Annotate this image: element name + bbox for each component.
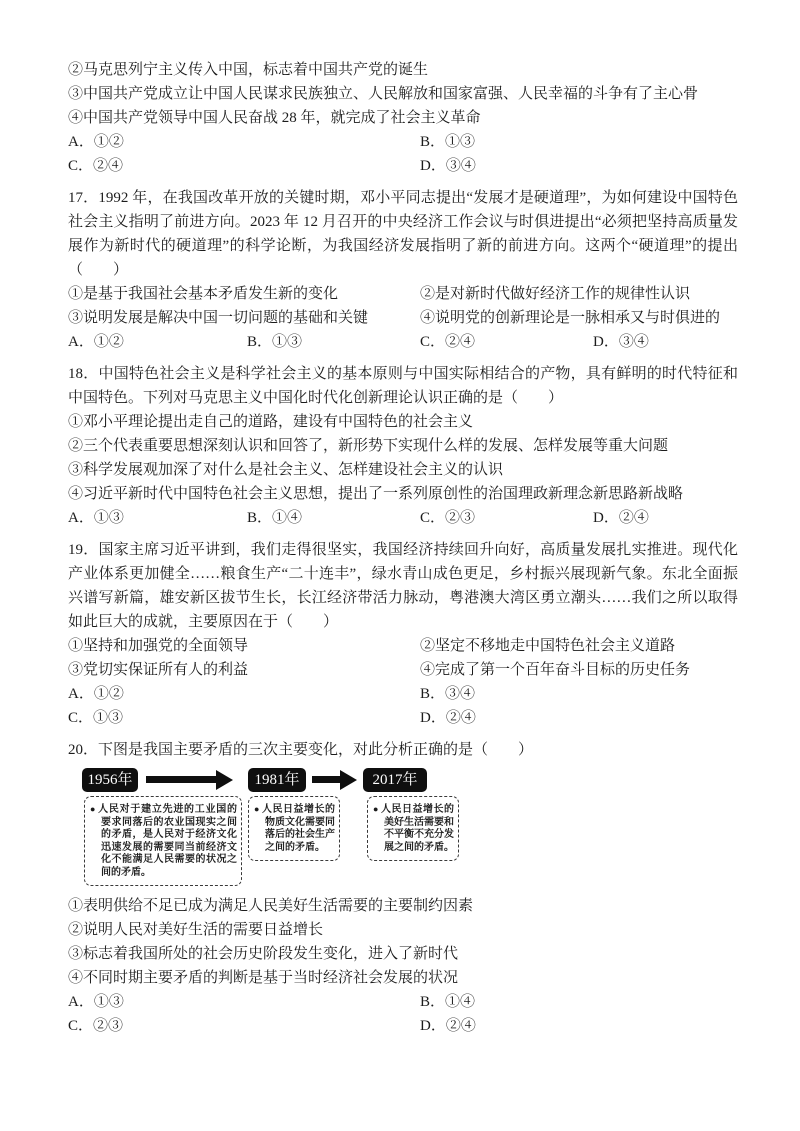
q17-option-row-2: ③说明发展是解决中国一切问题的基础和关键 ④说明党的创新理论是一脉相承又与时俱进… [68,306,738,330]
bullet-icon: ● [254,804,260,814]
q20-choice-a: A．①③ [68,990,420,1014]
q16-choice-row-1: A．①② B．①③ [68,130,738,154]
q18-option-1: ①邓小平理论提出走自己的道路，建设有中国特色的社会主义 [68,410,738,434]
year-box-1956: 1956年 [82,768,138,792]
q20-choice-row-1: A．①③ B．①④ [68,990,738,1014]
question-20: 20．下图是我国主要矛盾的三次主要变化，对此分析正确的是（ ） 1956年 19… [68,738,738,1038]
year-box-2017: 2017年 [363,768,427,792]
q17-choice-a: A．①② [68,330,247,354]
q17-option-4: ④说明党的创新理论是一脉相承又与时俱进的 [420,306,738,330]
question-17: 17．1992 年，在我国改革开放的关键时期，邓小平同志提出“发展才是硬道理”，… [68,186,738,354]
note-1956-text: 人民对于建立先进的工业国的要求同落后的农业国现实之间的矛盾，是人民对于经济文化迅… [98,804,237,878]
note-1981-text: 人民日益增长的物质文化需要同落后的社会生产之间的矛盾。 [262,804,335,853]
q20-option-3: ③标志着我国所处的社会历史阶段发生变化，进入了新时代 [68,942,738,966]
right-arrow-icon [146,776,216,783]
q19-option-2: ②坚定不移地走中国特色社会主义道路 [420,634,738,658]
q18-choice-b: B．①④ [247,506,420,530]
q17-choice-row: A．①② B．①③ C．②④ D．③④ [68,330,738,354]
q18-choice-a: A．①③ [68,506,247,530]
q16-statement-3: ③中国共产党成立让中国人民谋求民族独立、人民解放和国家富强、人民幸福的斗争有了主… [68,82,738,106]
q19-option-row-1: ①坚持和加强党的全面领导 ②坚定不移地走中国特色社会主义道路 [68,634,738,658]
q17-choice-d: D．③④ [593,330,738,354]
q18-choice-c: C．②③ [420,506,593,530]
q19-choice-a: A．①② [68,682,420,706]
q16-choice-b: B．①③ [420,130,738,154]
q20-choice-c: C．②③ [68,1014,420,1038]
q17-choice-c: C．②④ [420,330,593,354]
right-arrow-icon [312,776,340,783]
q20-option-4: ④不同时期主要矛盾的判断是基于当时经济社会发展的状况 [68,966,738,990]
q17-choice-b: B．①③ [247,330,420,354]
q16-choice-a: A．①② [68,130,420,154]
q19-choice-row-2: C．①③ D．②④ [68,706,738,730]
q19-stem: 19．国家主席习近平讲到，我们走得很坚实，我国经济持续回升向好，高质量发展扎实推… [68,538,738,634]
q16-statement-4: ④中国共产党领导中国人民奋战 28 年，就完成了社会主义革命 [68,106,738,130]
q19-choice-row-1: A．①② B．③④ [68,682,738,706]
note-2017-text: 人民日益增长的美好生活需要和不平衡不充分发展之间的矛盾。 [381,804,454,853]
note-1981: ●人民日益增长的物质文化需要同落后的社会生产之间的矛盾。 [248,796,340,861]
q20-option-2: ②说明人民对美好生活的需要日益增长 [68,918,738,942]
question-18: 18．中国特色社会主义是科学社会主义的基本原则与中国实际相结合的产物，具有鲜明的… [68,362,738,530]
q19-choice-d: D．②④ [420,706,738,730]
q16-choice-d: D．③④ [420,154,738,178]
note-2017: ●人民日益增长的美好生活需要和不平衡不充分发展之间的矛盾。 [367,796,459,861]
q17-stem: 17．1992 年，在我国改革开放的关键时期，邓小平同志提出“发展才是硬道理”，… [68,186,738,282]
main-contradiction-timeline-diagram: 1956年 1981年 2017年 ●人民对于建立先进的工业国的要求同落后的农业… [82,766,738,892]
question-16-tail: ②马克思列宁主义传入中国，标志着中国共产党的诞生 ③中国共产党成立让中国人民谋求… [68,58,738,178]
note-1956: ●人民对于建立先进的工业国的要求同落后的农业国现实之间的矛盾，是人民对于经济文化… [84,796,242,886]
q19-choice-b: B．③④ [420,682,738,706]
q20-stem: 20．下图是我国主要矛盾的三次主要变化，对此分析正确的是（ ） [68,738,738,762]
q18-option-3: ③科学发展观加深了对什么是社会主义、怎样建设社会主义的认识 [68,458,738,482]
q16-choice-row-2: C．②④ D．③④ [68,154,738,178]
question-19: 19．国家主席习近平讲到，我们走得很坚实，我国经济持续回升向好，高质量发展扎实推… [68,538,738,730]
q18-option-2: ②三个代表重要思想深刻认识和回答了，新形势下实现什么样的发展、怎样发展等重大问题 [68,434,738,458]
q20-choice-d: D．②④ [420,1014,738,1038]
bullet-icon: ● [373,804,379,814]
q18-choice-row: A．①③ B．①④ C．②③ D．②④ [68,506,738,530]
q18-stem: 18．中国特色社会主义是科学社会主义的基本原则与中国实际相结合的产物，具有鲜明的… [68,362,738,410]
q20-choice-b: B．①④ [420,990,738,1014]
q17-option-row-1: ①是基于我国社会基本矛盾发生新的变化 ②是对新时代做好经济工作的规律性认识 [68,282,738,306]
q20-option-1: ①表明供给不足已成为满足人民美好生活需要的主要制约因素 [68,894,738,918]
q19-option-3: ③党切实保证所有人的利益 [68,658,420,682]
exam-page: ②马克思列宁主义传入中国，标志着中国共产党的诞生 ③中国共产党成立让中国人民谋求… [0,0,800,1131]
q17-option-2: ②是对新时代做好经济工作的规律性认识 [420,282,738,306]
q18-option-4: ④习近平新时代中国特色社会主义思想，提出了一系列原创性的治国理政新理念新思路新战… [68,482,738,506]
q20-choice-row-2: C．②③ D．②④ [68,1014,738,1038]
q19-option-4: ④完成了第一个百年奋斗目标的历史任务 [420,658,738,682]
year-box-1981: 1981年 [248,768,306,792]
q17-option-1: ①是基于我国社会基本矛盾发生新的变化 [68,282,420,306]
q18-choice-d: D．②④ [593,506,738,530]
q16-choice-c: C．②④ [68,154,420,178]
q19-choice-c: C．①③ [68,706,420,730]
bullet-icon: ● [90,804,96,814]
q19-option-row-2: ③党切实保证所有人的利益 ④完成了第一个百年奋斗目标的历史任务 [68,658,738,682]
q17-option-3: ③说明发展是解决中国一切问题的基础和关键 [68,306,420,330]
q16-statement-2: ②马克思列宁主义传入中国，标志着中国共产党的诞生 [68,58,738,82]
q19-option-1: ①坚持和加强党的全面领导 [68,634,420,658]
